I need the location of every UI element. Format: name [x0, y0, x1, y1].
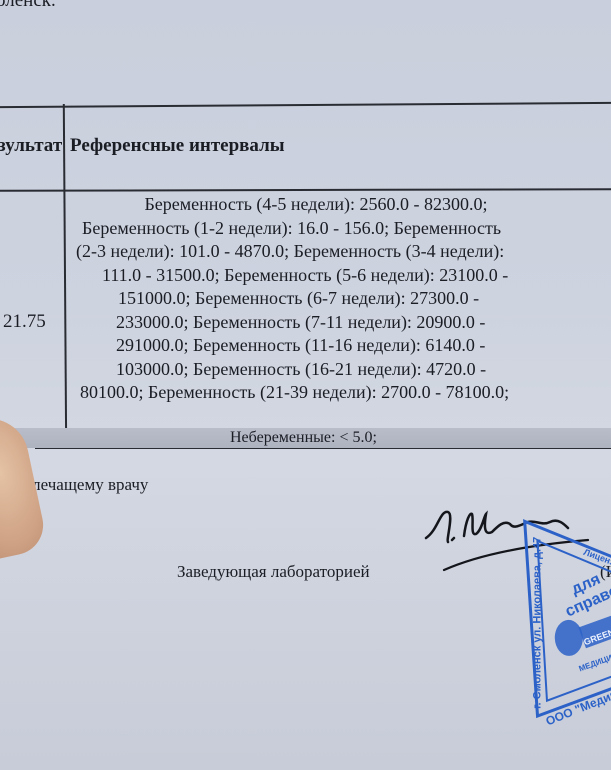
reference-line: 103000.0; Беременность (16-21 недели): 4… [66, 358, 611, 382]
column-header-result: зультат [0, 135, 62, 157]
result-value: 21.75 [3, 311, 46, 333]
table-top-border [0, 102, 611, 108]
svg-text:МЕДИЦИН: МЕДИЦИН [578, 651, 611, 673]
reference-line: 291000.0; Беременность (11-16 недели): 6… [66, 334, 611, 358]
signature-title: Заведующая лабораторией [177, 562, 370, 582]
reference-line: 111.0 - 31500.0; Беременность (5-6 недел… [66, 264, 611, 288]
column-header-reference: Референсные интервалы [70, 135, 285, 157]
clinic-stamp-icon: г. Смоленск ул. Николаева, д.47 ООО "Мед… [500, 500, 611, 730]
reference-line: 80100.0; Беременность (21-39 недели): 27… [66, 381, 611, 405]
table-header-border [0, 188, 611, 191]
reference-line: 151000.0; Беременность (6-7 недели): 273… [66, 287, 611, 311]
reference-line: 233000.0; Беременность (7-11 недели): 20… [66, 311, 611, 335]
lab-result-document: оленск. зультат Референсные интервалы 21… [0, 0, 611, 770]
reference-non-pregnant: Небеременные: < 5.0; [230, 428, 377, 448]
reference-line: (2-3 недели): 101.0 - 4870.0; Беременнос… [66, 240, 611, 264]
reference-intervals: Беременность (4-5 недели): 2560.0 - 8230… [66, 193, 611, 405]
svg-text:г. Смоленск ул. Николаева, д.4: г. Смоленск ул. Николаева, д.47 [531, 537, 543, 709]
city-text: оленск. [0, 0, 56, 12]
reference-line: Беременность (4-5 недели): 2560.0 - 8230… [66, 193, 611, 217]
reference-line: Беременность (1-2 недели): 16.0 - 156.0;… [66, 217, 611, 241]
